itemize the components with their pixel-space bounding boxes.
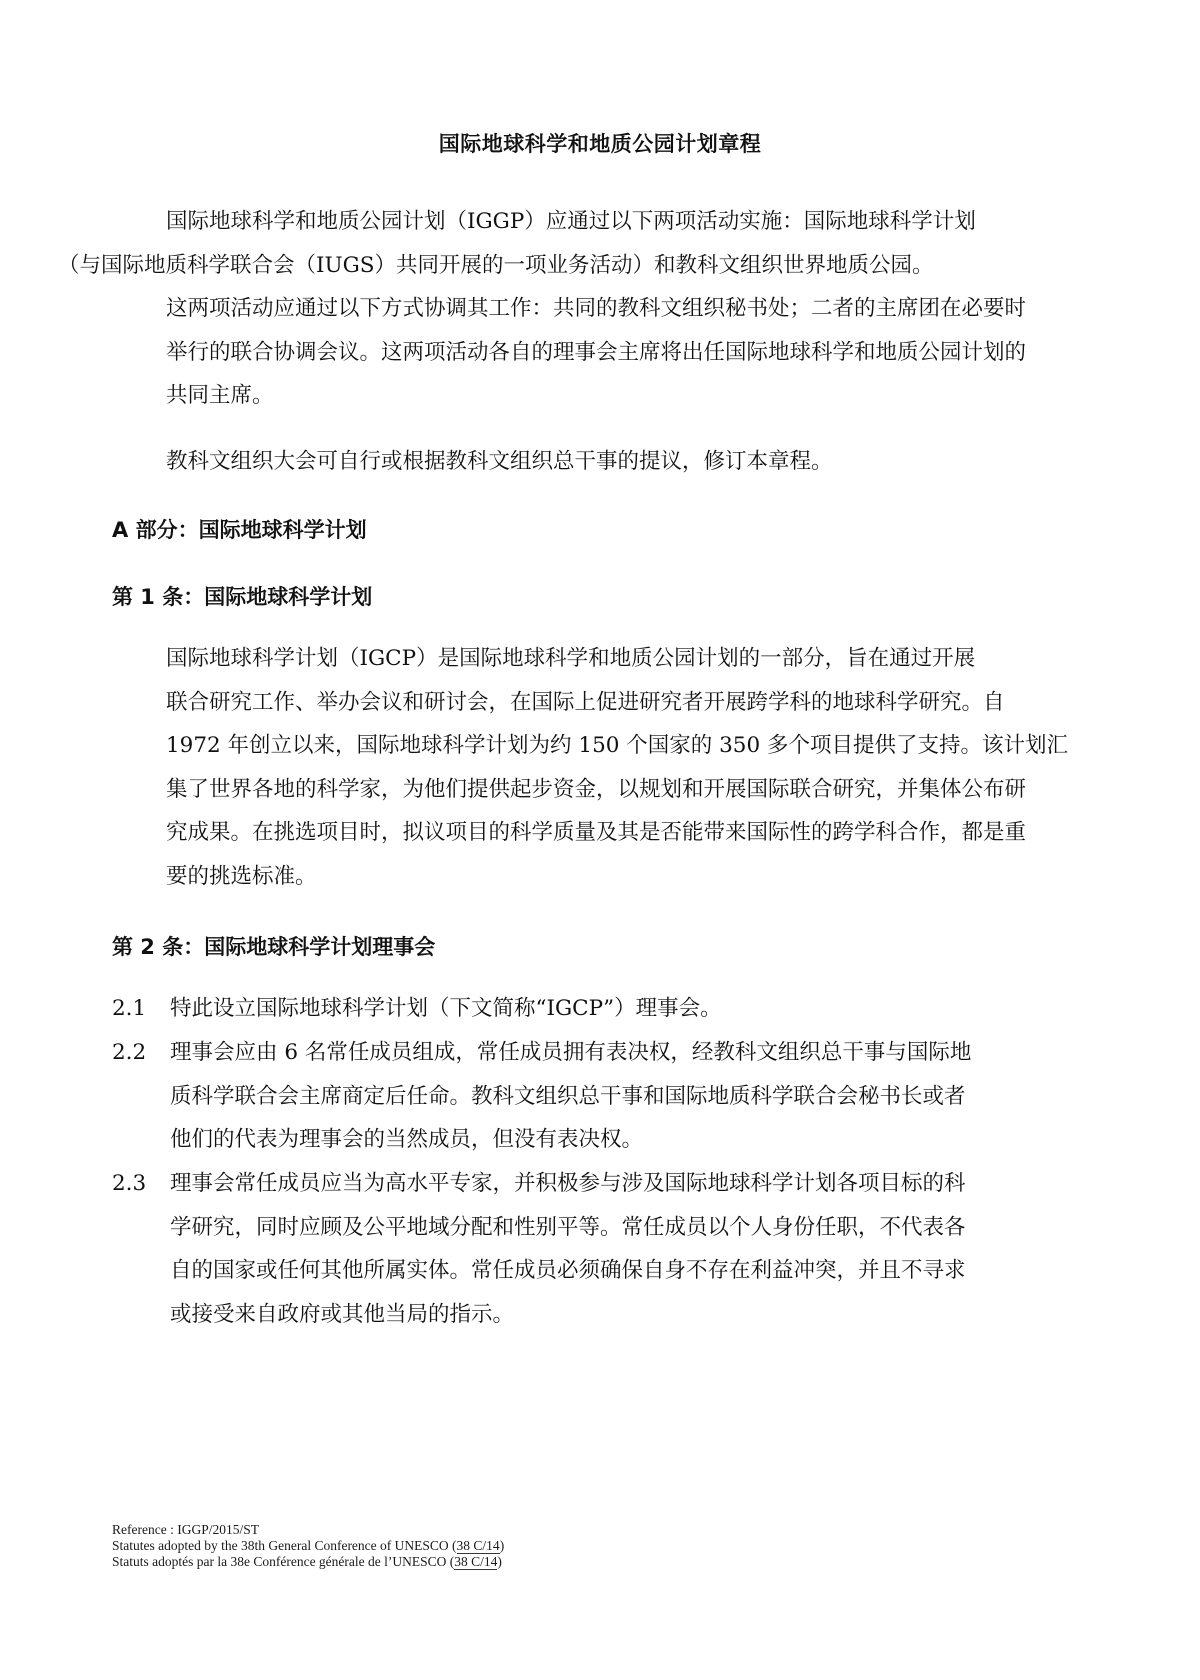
clause-number: 2.1 <box>112 987 162 1031</box>
part-a-heading: A 部分：国际地球科学计划 <box>112 514 367 544</box>
article-1-paragraph: 国际地球科学计划（IGCP）是国际地球科学和地质公园计划的一部分，旨在通过开展 … <box>112 637 1102 898</box>
clause-number: 2.2 <box>112 1031 162 1075</box>
text-line: 学研究，同时应顾及公平地域分配和性别平等。常任成员以个人身份任职，不代表各 <box>170 1206 1105 1250</box>
english-adoption-text: Statutes adopted by the 38th General Con… <box>112 1538 457 1553</box>
closing-paren: ) <box>500 1538 505 1553</box>
text-line: 或接受来自政府或其他当局的指示。 <box>170 1293 1105 1337</box>
french-adoption-line: Statuts adoptés par la 38e Conférence gé… <box>112 1554 504 1570</box>
text-line: 共同主席。 <box>112 374 1102 418</box>
closing-paren: ) <box>497 1554 502 1569</box>
text-line: 1972 年创立以来，国际地球科学计划为约 150 个国家的 350 多个项目提… <box>112 724 1102 768</box>
text-line: 理事会应由 6 名常任成员组成，常任成员拥有表决权，经教科文组织总干事与国际地 <box>170 1031 1105 1075</box>
text-line: 集了世界各地的科学家，为他们提供起步资金，以规划和开展国际联合研究，并集体公布研 <box>112 768 1102 812</box>
text-line: 教科文组织大会可自行或根据教科文组织总干事的提议，修订本章程。 <box>112 440 1102 484</box>
text-line: 联合研究工作、举办会议和研讨会，在国际上促进研究者开展跨学科的地球科学研究。自 <box>112 681 1102 725</box>
text-line: 自的国家或任何其他所属实体。常任成员必须确保自身不存在利益冲突，并且不寻求 <box>170 1249 1105 1293</box>
text-line: 特此设立国际地球科学计划（下文简称“IGCP”）理事会。 <box>170 987 1105 1031</box>
intro-paragraph-1: 国际地球科学和地质公园计划（IGGP）应通过以下两项活动实施：国际地球科学计划 … <box>112 200 1102 418</box>
text-line: 举行的联合协调会议。这两项活动各自的理事会主席将出任国际地球科学和地质公园计划的 <box>112 331 1102 375</box>
article-2-heading: 第 2 条：国际地球科学计划理事会 <box>112 931 435 961</box>
english-adoption-line: Statutes adopted by the 38th General Con… <box>112 1538 504 1554</box>
text-line: 国际地球科学计划（IGCP）是国际地球科学和地质公园计划的一部分，旨在通过开展 <box>112 637 1102 681</box>
french-adoption-text: Statuts adoptés par la 38e Conférence gé… <box>112 1554 454 1569</box>
document-page: 国际地球科学和地质公园计划章程 国际地球科学和地质公园计划（IGGP）应通过以下… <box>0 0 1200 1680</box>
text-line: 这两项活动应通过以下方式协调其工作：共同的教科文组织秘书处；二者的主席团在必要时 <box>112 287 1102 331</box>
document-title: 国际地球科学和地质公园计划章程 <box>0 128 1200 158</box>
reference-line: Reference : IGGP/2015/ST <box>112 1522 504 1538</box>
article-1-heading: 第 1 条：国际地球科学计划 <box>112 581 372 611</box>
text-line: （与国际地质科学联合会（IUGS）共同开展的一项业务活动）和教科文组织世界地质公… <box>112 244 1102 288</box>
text-line: 国际地球科学和地质公园计划（IGGP）应通过以下两项活动实施：国际地球科学计划 <box>112 200 1102 244</box>
clause-number: 2.3 <box>112 1162 162 1206</box>
text-line: 他们的代表为理事会的当然成员，但没有表决权。 <box>170 1118 1105 1162</box>
document-footer: Reference : IGGP/2015/ST Statutes adopte… <box>112 1522 504 1570</box>
english-document-link[interactable]: 38 C/14 <box>457 1538 500 1554</box>
text-line: 究成果。在挑选项目时，拟议项目的科学质量及其是否能带来国际性的跨学科合作，都是重 <box>112 811 1102 855</box>
intro-paragraph-2: 教科文组织大会可自行或根据教科文组织总干事的提议，修订本章程。 <box>112 440 1102 484</box>
text-line: 质科学联合会主席商定后任命。教科文组织总干事和国际地质科学联合会秘书长或者 <box>170 1075 1105 1119</box>
french-document-link[interactable]: 38 C/14 <box>454 1554 497 1570</box>
text-line: 要的挑选标准。 <box>112 855 1102 899</box>
text-line: 理事会常任成员应当为高水平专家，并积极参与涉及国际地球科学计划各项目标的科 <box>170 1162 1105 1206</box>
